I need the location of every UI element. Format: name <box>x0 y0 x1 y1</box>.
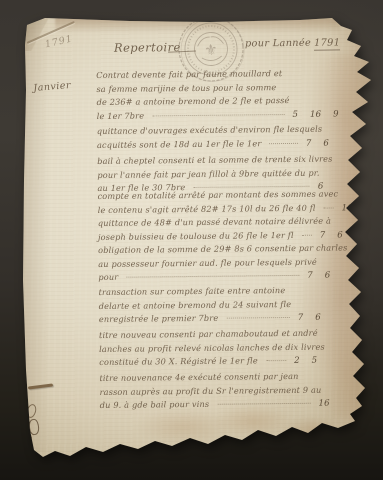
entry-line: enregistrée le premier 7bre 7 6 <box>99 310 347 326</box>
entry-line-text: du 9. à gde bail pour vins <box>100 398 210 413</box>
entry-line: le contenu s'agit arrêté 82# 17s 10l du … <box>98 201 346 217</box>
entry-amount: 7 6 <box>306 137 329 151</box>
dot-leader <box>126 275 299 278</box>
manuscript-page: ⚜ 1791 Repertoire pour Lannée1791 Janvie… <box>0 0 383 480</box>
entry-amount: 7 6 <box>298 312 321 326</box>
dot-leader <box>266 360 286 361</box>
handwriting-layer: 1791 Repertoire pour Lannée1791 Janvier … <box>0 0 383 480</box>
corner-crease-line <box>27 21 75 44</box>
entry-line-text: le 1er 7bre <box>97 109 145 123</box>
entry-line: pour l'année fait par jean fillol à 9bre… <box>97 166 345 182</box>
dot-leader <box>226 317 289 319</box>
pen-dash <box>168 50 196 52</box>
subtitle-text: pour Lannée <box>245 38 311 50</box>
water-stain-right <box>268 55 380 420</box>
subtitle-year: 1791 <box>314 37 340 50</box>
entry-line: lanches au profit relevé nicolas lanches… <box>99 340 347 356</box>
dot-leader <box>217 403 310 405</box>
entry-line: quittance de 48# d'un passé devant notai… <box>98 214 346 230</box>
dot-leader <box>193 186 310 188</box>
entry-line: delarte et antoine bremond du 24 suivant… <box>99 297 347 313</box>
register-entry: bail à cheptel consenti et la somme de t… <box>97 152 345 195</box>
register-entry: transaction sur comptes faite entre anto… <box>98 283 346 326</box>
dot-leader <box>152 114 284 116</box>
entry-line: le 1er 7bre 5 16 9 <box>97 107 345 123</box>
archival-photo: ⚜ 1791 Repertoire pour Lannée1791 Janvie… <box>0 0 383 480</box>
register-entry: Contrat devente fait par faune mouillard… <box>96 66 345 123</box>
register-entry: titre nouveau consenti par chamaboutaud … <box>99 326 347 369</box>
entry-amount: 7 6 <box>320 229 343 243</box>
page-title: Repertoire <box>114 40 181 55</box>
entry-amount: 6 <box>318 181 324 195</box>
entry-line: rasson auprès au profit du Sr l'enregist… <box>100 383 348 399</box>
margin-month-label: Janvier <box>33 80 71 94</box>
entry-line-text: acquittés sont de 18d au 1er fle le 1er <box>97 137 262 152</box>
page-subtitle: pour Lannée1791 <box>245 37 340 49</box>
register-entry: quittance de 48# d'un passé devant notai… <box>98 214 346 244</box>
entry-line: titre nouveau consenti par chamaboutaud … <box>99 326 347 342</box>
paper-shadow-wrap: ⚜ 1791 Repertoire pour Lannée1791 Janvie… <box>0 0 383 480</box>
entry-line: transaction sur comptes faite entre anto… <box>98 283 346 299</box>
dot-leader <box>324 207 334 208</box>
entry-line: titre nouvenance 4e exécuté consenti par… <box>99 369 347 385</box>
stamp-fleur-de-lis-icon: ⚜ <box>203 40 218 59</box>
entry-line-text: au 1er fle le 30 7bre <box>97 181 185 195</box>
binding-stitch <box>28 418 41 435</box>
dot-leader <box>269 142 297 143</box>
binding-stitch <box>25 403 37 419</box>
entry-amount: 16 <box>318 398 329 412</box>
corner-year-note: 1791 <box>44 33 74 50</box>
stain-top-edge <box>55 18 340 33</box>
entry-line: Contrat devente fait par faune mouillard… <box>96 66 344 82</box>
entry-line: au possesseur fournier aud. fle pour les… <box>98 255 346 271</box>
entry-line-text: enregistrée le premier 7bre <box>99 312 219 327</box>
round-ink-stamp: ⚜ <box>173 11 250 88</box>
entry-line: joseph buissieu de toulouse du 26 fle le… <box>98 228 346 244</box>
entry-line: sa femme marijine de tous pour la somme <box>96 80 344 96</box>
entry-line: au 1er fle le 30 7bre 6 <box>97 179 345 195</box>
entry-amount: 2 5 <box>294 355 317 369</box>
stain-bottom <box>115 398 345 456</box>
stain-torn-edge <box>328 18 380 438</box>
binding-stitch <box>26 434 32 443</box>
register-entry: quittance d'ouvrages exécutés d'environ … <box>97 122 345 152</box>
entry-line: constitué du 30 X. Régistré le 1er fle 2… <box>99 353 347 369</box>
register-entry: obligation de la somme de 29# 8s 6 conse… <box>98 241 346 284</box>
entry-line: obligation de la somme de 29# 8s 6 conse… <box>98 241 346 257</box>
entry-line: bail à cheptel consenti et la somme de t… <box>97 152 345 168</box>
paper-texture <box>0 0 383 480</box>
entry-line: compte en totalité arrêté par montant de… <box>97 187 345 203</box>
corner-fold <box>24 17 78 51</box>
entry-line: acquittés sont de 18d au 1er fle le 1er … <box>97 136 345 152</box>
entry-line-text: constitué du 30 X. Régistré le 1er fle <box>99 354 258 369</box>
register-entry: titre nouvenance 4e exécuté consenti par… <box>99 369 347 412</box>
entry-amount: 7 6 <box>307 270 330 284</box>
binding-thread <box>28 383 53 389</box>
entry-line: de 236# a antoine bremond de 2 fle et pa… <box>96 93 344 109</box>
register-entry: compte en totalité arrêté par montant de… <box>97 187 345 217</box>
spine-shading <box>22 20 50 452</box>
entry-line-text: le contenu s'agit arrêté 82# 17s 10l du … <box>98 201 316 217</box>
entry-line-text: pour <box>98 271 118 285</box>
entry-line: pour 7 6 <box>98 268 346 284</box>
entry-line-text: joseph buissieu de toulouse du 26 fle le… <box>98 228 294 244</box>
entry-line: du 9. à gde bail pour vins 16 <box>100 396 348 412</box>
entry-line: quittance d'ouvrages exécutés d'environ … <box>97 122 345 138</box>
dot-leader <box>302 234 312 235</box>
entry-amount: 5 16 9 <box>292 108 338 122</box>
entry-amount: 16 <box>342 202 353 216</box>
stamp-laurel-flourish <box>197 36 225 62</box>
